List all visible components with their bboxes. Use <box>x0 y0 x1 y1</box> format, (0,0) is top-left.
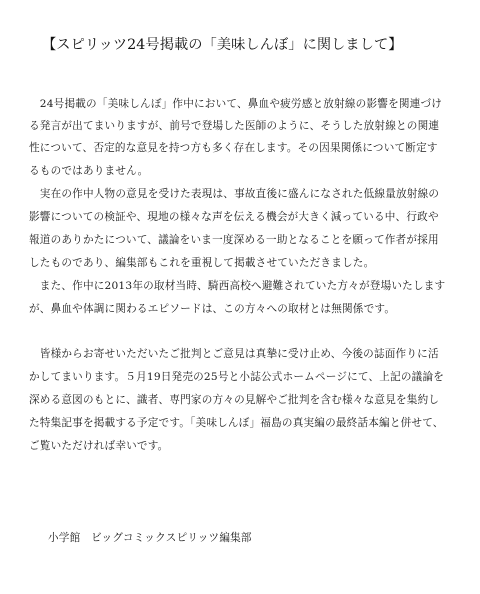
signature: 小学館 ビッグコミックスピリッツ編集部 <box>48 531 252 545</box>
text-line: 皆様からお寄せいただいたご批判とご意見は真摯に受け止め、今後の誌面作りに活 <box>29 347 439 361</box>
text-line: ご覧いただければ幸いです。 <box>29 439 168 453</box>
text-line: 24号掲載の「美味しんぼ」作中において、鼻血や疲労感と放射線の影響を関連づけ <box>29 97 442 111</box>
text-line: 性について、否定的な意見を持つ方も多く存在します。その因果関係について断定す <box>29 141 438 155</box>
text-line: したものであり、編集部もこれを重視して掲載させていただきました。 <box>29 256 374 270</box>
text-line: が、鼻血や体調に関わるエピソードは、この方々への取材とは無関係です。 <box>29 302 395 316</box>
text-line: るものではありません。 <box>29 164 148 178</box>
text-line: た特集記事を掲載する予定です。「美味しんぼ」福島の真実編の最終話本編と併せて、 <box>29 416 444 430</box>
text-line: 実在の作中人物の意見を受けた表現は、事故直後に盛んになされた低線量放射線の <box>29 187 439 201</box>
text-line: 影響についての検証や、現地の様々な声を伝える機会が大きく減っている中、行政や <box>29 210 439 224</box>
text-line: 深める意図のもとに、識者、専門家の方々の見解やご批判を含む様々な意見を集約し <box>29 393 439 407</box>
text-line: る発言が出てまいりますが、前号で登場した医師のように、そうした放射線との関連 <box>29 119 439 133</box>
text-line: 報道のありかたについて、議論をいま一度深める一助となることを願って作者が採用 <box>29 233 439 247</box>
text-line: また、作中に2013年の取材当時、騎西高校へ避難されていた方々が登場いたします <box>29 279 445 293</box>
document-title: 【スピリッツ24号掲載の「美味しんぼ」に関しまして】 <box>42 36 403 54</box>
text-line: かしてまいります。５月19日発売の25号と小誌公式ホームページにて、上記の議論を <box>29 370 444 384</box>
